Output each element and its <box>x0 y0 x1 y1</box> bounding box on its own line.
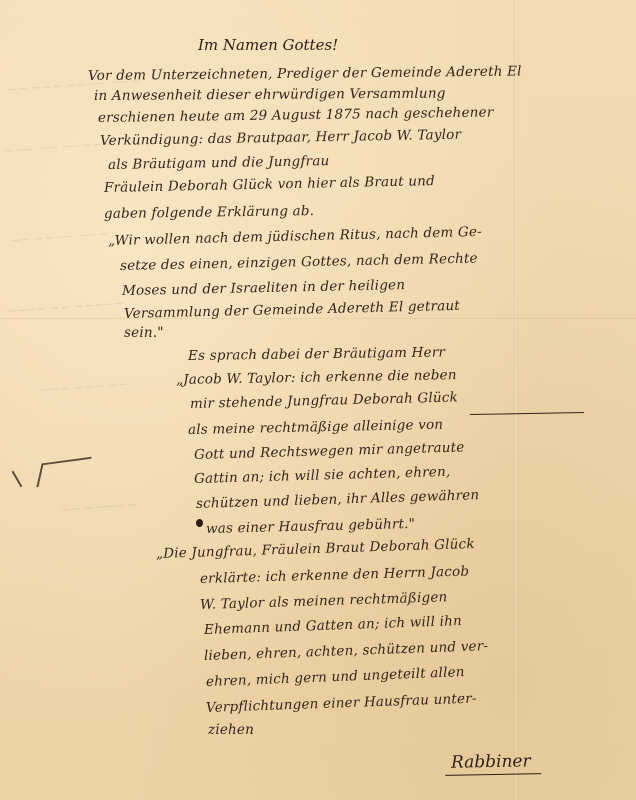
text-line: lieben, ehren, achten, schützen und ver- <box>204 638 489 664</box>
name-underline <box>470 412 584 415</box>
text-line: W. Taylor als meinen rechtmäßigen <box>200 589 448 613</box>
text-line: Ehemann und Gatten an; ich will ihn <box>204 613 462 638</box>
bleed-through-text: ~~ ~~~~ ~~~ <box>10 227 109 248</box>
text-line: setze des einen, einzigen Gottes, nach d… <box>120 251 478 274</box>
bleed-through-text: ~~~~ ~~ ~~~~~ <box>6 296 125 318</box>
text-line: „Wir wollen nach dem jüdischen Ritus, na… <box>108 224 482 249</box>
text-line: als meine rechtmäßige alleinige von <box>188 417 444 438</box>
text-line: Gott und Rechtswegen mir angetraute <box>194 439 465 463</box>
text-line: sein." <box>124 325 164 341</box>
text-line: mir stehende Jungfrau Deborah Glück <box>190 389 458 412</box>
text-line: „Jacob W. Taylor: ich erkenne die neben <box>176 367 457 388</box>
margin-ink-stroke <box>36 457 91 487</box>
bleed-through-text: ~~~ ~~~ ~~ <box>40 377 129 397</box>
text-line: Es sprach dabei der Bräutigam Herr <box>188 344 445 364</box>
text-line: ehren, mich gern und ungeteilt allen <box>206 664 465 690</box>
rabbi-signature: Rabbiner <box>445 751 541 776</box>
text-line: Moses und der Israeliten in der heiligen <box>122 277 405 299</box>
text-line: gaben folgende Erklärung ab. <box>104 203 314 222</box>
text-line: Gattin an; ich will sie achten, ehren, <box>194 464 451 487</box>
bleed-through-text: ~~~ ~~ ~~~~~ <box>4 136 113 158</box>
manuscript-page: ~~ ~~~ ~~~~ ~~~ ~~~ ~~ ~~~~~ ~~ ~~~~ ~~~… <box>0 0 636 800</box>
ink-blot <box>196 519 203 527</box>
text-line: in Anwesenheit dieser ehrwürdigen Versam… <box>94 86 446 104</box>
document-heading: Im Namen Gottes! <box>198 36 338 54</box>
text-line: Fräulein Deborah Glück von hier als Brau… <box>104 173 435 196</box>
text-line: erklärte: ich erkenne den Herrn Jacob <box>200 563 470 587</box>
text-line: erschienen heute am 29 August 1875 nach … <box>98 104 494 126</box>
text-line: Vor dem Unterzeichneten, Prediger der Ge… <box>88 63 522 84</box>
text-line: als Bräutigam und die Jungfrau <box>108 153 330 173</box>
bleed-through-text: ~~ ~~~~ ~ <box>60 497 139 516</box>
text-line: schützen und lieben, ihr Alles gewähren <box>196 487 480 512</box>
text-line: ziehen <box>208 722 254 738</box>
text-line: Verkündigung: das Brautpaar, Herr Jacob … <box>100 127 461 149</box>
margin-ink-stroke <box>12 471 23 488</box>
text-line: „Die Jungfrau, Fräulein Braut Deborah Gl… <box>156 536 475 562</box>
paper-fold-vertical <box>514 0 516 800</box>
text-line: was einer Hausfrau gebührt." <box>206 516 415 537</box>
text-line: Verpflichtungen einer Hausfrau unter- <box>206 691 477 716</box>
text-fragment: mir stehende Jungfrau Deborah Glück <box>190 389 458 412</box>
paper-fold-horizontal <box>0 318 636 319</box>
